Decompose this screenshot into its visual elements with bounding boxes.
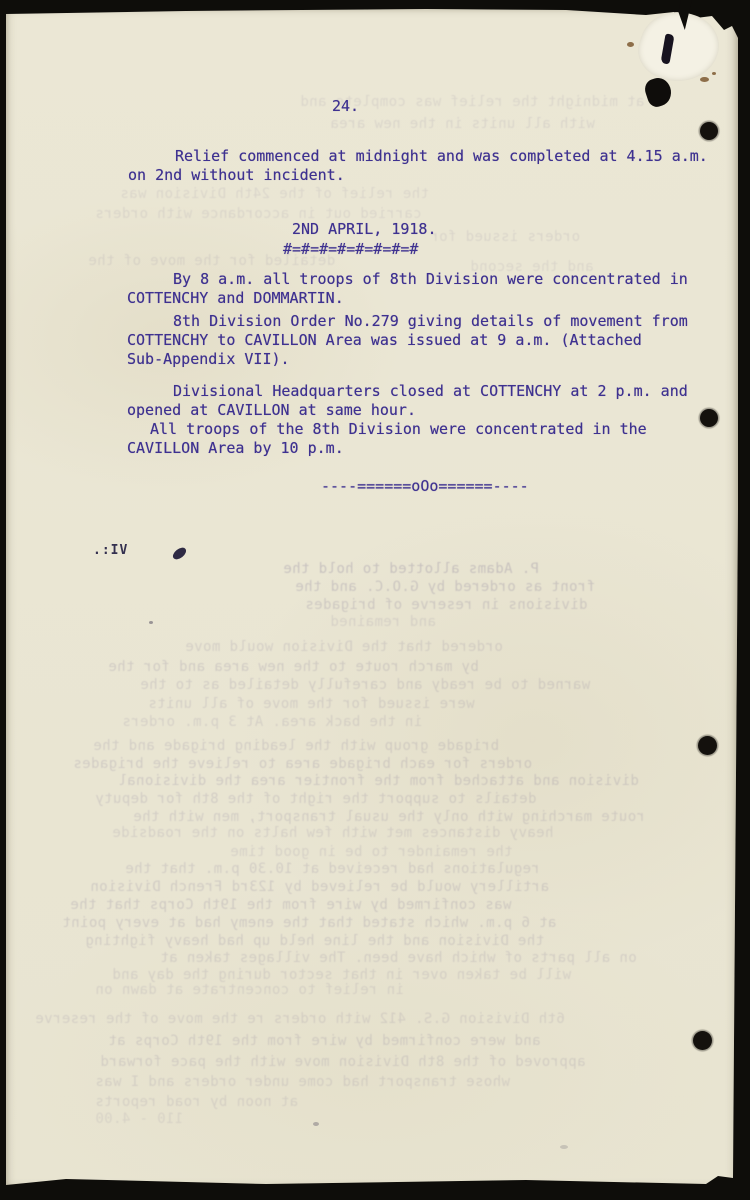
punch-hole xyxy=(698,736,717,755)
scanned-document-page: at midnight the relief was complete andw… xyxy=(0,0,750,1200)
punch-hole xyxy=(700,409,718,427)
punch-holes-layer xyxy=(0,0,750,1200)
punch-hole xyxy=(700,122,718,140)
punch-hole xyxy=(693,1031,712,1050)
